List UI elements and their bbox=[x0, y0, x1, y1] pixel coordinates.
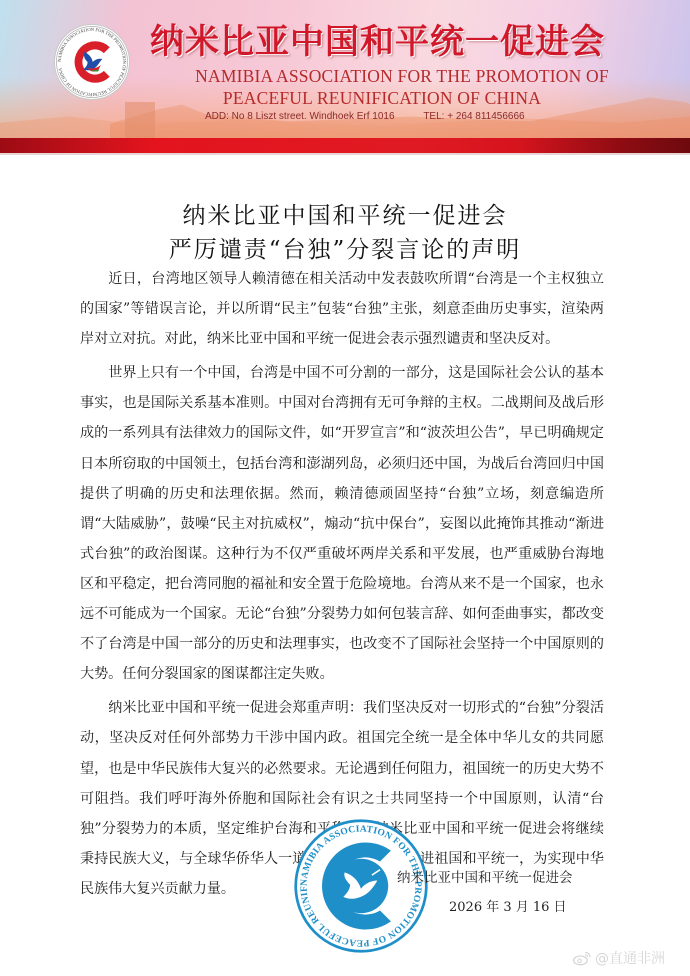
statement-body: 近日，台湾地区领导人赖清德在相关活动中发表鼓吹所谓“台湾是一个主权独立的国家”等… bbox=[80, 264, 604, 904]
letterhead-banner: NAMIBIA ASSOCIATION FOR THE PROMOTION OF… bbox=[0, 0, 690, 140]
letterhead-address: ADD: No 8 Liszt street. Windhoek Erf 101… bbox=[205, 111, 395, 122]
letterhead-title-cn: 纳米比亚中国和平统一促进会 bbox=[150, 14, 630, 63]
paragraph-2: 世界上只有一个中国，台湾是中国不可分割的一部分，这是国际社会公认的基本事实，也是… bbox=[80, 358, 604, 689]
weibo-icon bbox=[572, 950, 592, 966]
weibo-watermark: @直通非洲 bbox=[572, 948, 665, 968]
signature-date: 2026 年 3 月 16 日 bbox=[449, 896, 567, 915]
association-logo: NAMIBIA ASSOCIATION FOR THE PROMOTION OF… bbox=[54, 24, 130, 100]
paragraph-1: 近日，台湾地区领导人赖清德在相关活动中发表鼓吹所谓“台湾是一个主权独立的国家”等… bbox=[80, 264, 604, 354]
letterhead-divider bbox=[0, 153, 690, 155]
dove-c-logo-icon: NAMIBIA ASSOCIATION FOR THE PROMOTION OF… bbox=[55, 25, 129, 99]
watchtower-decoration bbox=[125, 102, 155, 138]
watermark-text: @直通非洲 bbox=[595, 948, 665, 968]
letterhead-title-en-line2: PEACEFUL REUNIFICATION OF CHINA bbox=[152, 88, 612, 109]
letterhead-title-en-line1: NAMIBIA ASSOCIATION FOR THE PROMOTION OF bbox=[172, 66, 632, 87]
letterhead-red-bar bbox=[0, 138, 690, 153]
official-stamp-icon: NAMIBIA ASSOCIATION FOR THE PROMOTION OF… bbox=[293, 818, 429, 954]
document-title-line2: 严厉谴责“台独”分裂言论的声明 bbox=[0, 231, 690, 264]
letterhead-tel: TEL: + 264 811456666 bbox=[423, 111, 524, 122]
document-title-line1: 纳米比亚中国和平统一促进会 bbox=[0, 197, 690, 230]
signature-organization: 纳米比亚中国和平统一促进会 bbox=[397, 866, 573, 886]
letterhead-contact: ADD: No 8 Liszt street. Windhoek Erf 101… bbox=[205, 111, 525, 122]
